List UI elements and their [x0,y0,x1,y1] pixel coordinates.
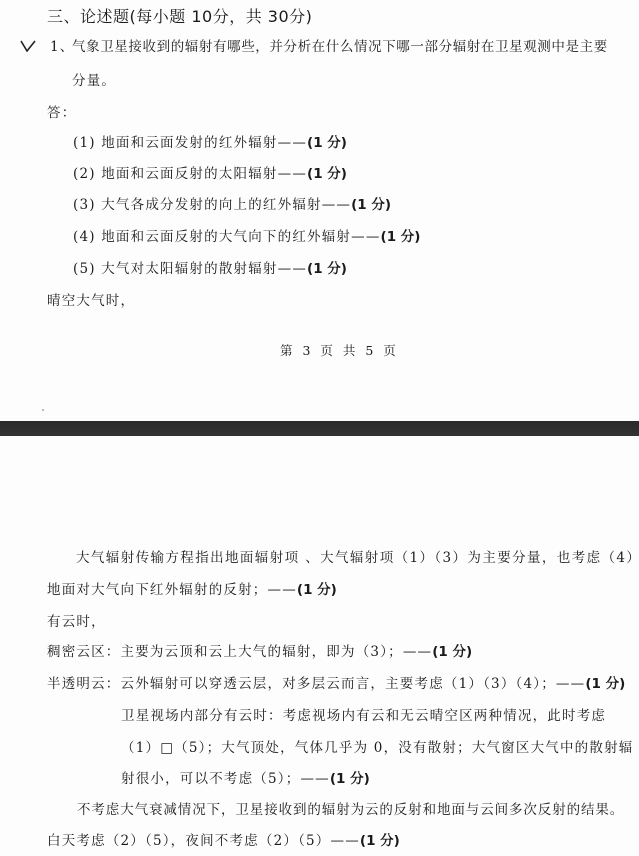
item-score: (1 分) [307,166,347,182]
no-attenuation-line: 不考虑大气衰减情况下，卫星接收到的辐射为云的反射和地面与云间多次反射的结果。 [77,798,624,818]
day-night-line: 白天考虑（2）（5），夜间不考虑（2）（5）——(1 分) [47,829,400,849]
exam-page-3: 三、论述题(每小题 10分，共 30分) 1、 气象卫星接收到的辐射有哪些，并分… [0,0,639,421]
partial-cloud-line1: 卫星视场内部分有云时：考虑视场内有云和无云晴空区两种情况，此时考虑 [121,704,606,724]
item-text: 大气各成分发射的向上的红外辐射—— [101,197,351,213]
page-separator [0,421,639,436]
partial-cloud-line2: （1）□（5）；大气顶处，气体几乎为 0，没有散射；大气窗区大气中的散射辐 [121,736,633,756]
para1-line2: 地面对大气向下红外辐射的反射；——(1 分) [47,578,337,598]
item-text: 地面和云面反射的太阳辐射—— [101,166,307,182]
item-score: (1 分) [351,197,391,213]
semi-transparent-text: 半透明云：云外辐射可以穿透云层，对多层云而言，主要考虑（1）（3）（4）；—— [47,676,585,692]
semi-transparent-score: (1 分) [585,676,625,692]
item-number: (4) [73,229,96,245]
item-score: (1 分) [307,135,347,151]
exam-page-4: 大气辐射传输方程指出地面辐射项 、大气辐射项（1）（3）为主要分量，也考虑（4）… [0,436,639,856]
para1-score: (1 分) [297,582,337,598]
item-score: (1 分) [307,261,347,277]
answer-item-3: (3) 大气各成分发射的向上的红外辐射——(1 分) [73,193,391,213]
dense-cloud-line: 稠密云区：主要为云顶和云上大气的辐射，即为（3）；——(1 分) [47,640,472,660]
semi-transparent-line: 半透明云：云外辐射可以穿透云层，对多层云而言，主要考虑（1）（3）（4）；——(… [47,672,625,692]
day-night-text: 白天考虑（2）（5），夜间不考虑（2）（5）—— [47,833,360,849]
day-night-score: (1 分) [360,833,400,849]
answer-label: 答： [47,101,76,121]
check-mark-icon [20,40,36,54]
cloudy-label: 有云时， [47,610,106,630]
para1-text: 地面对大气向下红外辐射的反射；—— [47,582,297,598]
item-number: (1) [73,135,96,151]
item-text: 大气对太阳辐射的散射辐射—— [101,261,307,277]
item-score: (1 分) [381,229,421,245]
item-text: 地面和云面发射的红外辐射—— [101,135,307,151]
scan-speck [42,409,44,411]
answer-item-1: (1) 地面和云面发射的红外辐射——(1 分) [73,131,347,151]
clear-sky-label: 晴空大气时， [47,289,135,309]
para1-line1: 大气辐射传输方程指出地面辐射项 、大气辐射项（1）（3）为主要分量，也考虑（4） [76,546,639,566]
dense-cloud-text: 稠密云区：主要为云顶和云上大气的辐射，即为（3）；—— [47,644,432,660]
answer-item-4: (4) 地面和云面反射的大气向下的红外辐射——(1 分) [73,225,420,245]
item-number: (2) [73,166,96,182]
section-heading: 三、论述题(每小题 10分，共 30分) [47,4,312,27]
partial-cloud-text: 射很小，可以不考虑（5）；—— [121,771,330,787]
question-text-line1: 气象卫星接收到的辐射有哪些，并分析在什么情况下哪一部分辐射在卫星观测中是主要 [72,35,608,55]
item-number: (3) [73,197,96,213]
answer-item-2: (2) 地面和云面反射的太阳辐射——(1 分) [73,162,347,182]
page-footer: 第 3 页 共 5 页 [280,341,399,359]
dense-cloud-score: (1 分) [432,644,472,660]
item-number: (5) [73,261,96,277]
partial-cloud-line3: 射很小，可以不考虑（5）；——(1 分) [121,767,370,787]
answer-item-5: (5) 大气对太阳辐射的散射辐射——(1 分) [73,257,347,277]
question-text-line2: 分量。 [72,69,116,89]
item-text: 地面和云面反射的大气向下的红外辐射—— [101,229,380,245]
question-number: 1、 [50,35,75,55]
partial-cloud-score: (1 分) [330,771,370,787]
